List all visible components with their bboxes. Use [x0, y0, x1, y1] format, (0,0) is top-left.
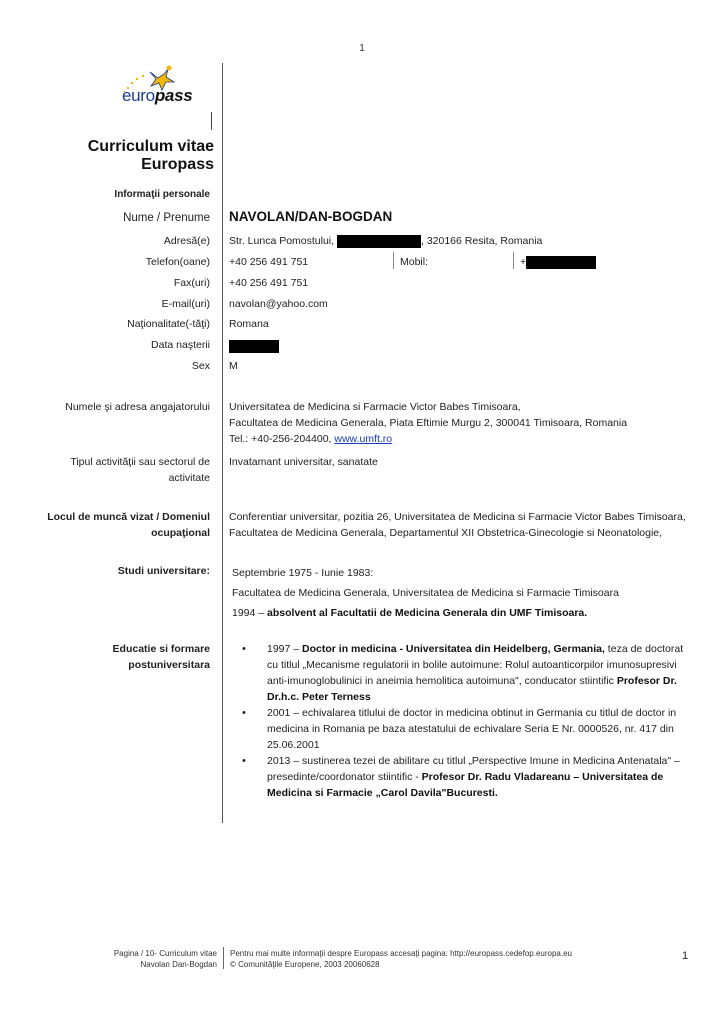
label-sex: Sex	[10, 358, 210, 374]
studies-institution: Facultatea de Medicina Generala, Univers…	[232, 583, 619, 603]
mobile-separator	[513, 252, 514, 269]
phone-separator	[393, 252, 394, 269]
postgrad-label-line-1: Educatie si formare	[10, 641, 210, 657]
graduation-text: absolvent al Facultatii de Medicina Gene…	[267, 607, 587, 619]
document-title: Curriculum vitae Europass	[14, 138, 214, 174]
redacted-block	[526, 256, 596, 269]
address-city: , 320166 Resita, Romania	[421, 235, 542, 247]
europass-wordmark: europass	[122, 86, 192, 106]
workplace-line-1: Conferentiar universitar, pozitia 26, Un…	[229, 509, 686, 525]
employer-tel: Tel.: +40-256-204400,	[229, 433, 334, 445]
label-workplace: Locul de muncă vizat / Domeniul ocupaţio…	[0, 509, 210, 541]
workplace-line-2: Facultatea de Medicina Generala, Departa…	[229, 525, 686, 541]
value-fax: +40 256 491 751	[229, 275, 308, 291]
page-number-top: 1	[0, 43, 724, 54]
label-postgrad: Educatie si formare postuniversitara	[10, 641, 210, 673]
item-degree: Doctor in medicina - Universitatea din H…	[302, 643, 605, 655]
label-mobile: Mobil:	[400, 254, 428, 270]
activity-label-line-1: Tipul activităţii sau sectorul de	[10, 454, 210, 470]
footer-divider	[223, 947, 224, 969]
workplace-label-line-1: Locul de muncă vizat / Domeniul	[0, 509, 210, 525]
address-street: Str. Lunca Pomostului,	[229, 235, 334, 247]
label-employer: Numele şi adresa angajatorului	[0, 399, 210, 415]
employer-line-2: Facultatea de Medicina Generala, Piata E…	[229, 415, 627, 431]
logo-tick	[211, 112, 212, 130]
value-activity: Invatamant universitar, sanatate	[229, 454, 378, 470]
label-activity: Tipul activităţii sau sectorul de activi…	[10, 454, 210, 486]
graduation-year: 1994 –	[232, 607, 267, 619]
value-nationality: Romana	[229, 316, 269, 332]
studies-graduation: 1994 – absolvent al Facultatii de Medici…	[232, 603, 619, 623]
value-birthdate	[229, 338, 279, 356]
redacted-block	[229, 340, 279, 353]
value-employer: Universitatea de Medicina si Farmacie Vi…	[229, 399, 627, 447]
list-item: 2013 – sustinerea tezei de abilitare cu …	[242, 753, 692, 801]
label-studies: Studi universitare:	[10, 563, 210, 579]
list-item: 2001 – echivalarea titlului de doctor in…	[242, 705, 692, 753]
item-year: 1997 –	[267, 643, 302, 655]
item-text: 2001 – echivalarea titlului de doctor in…	[267, 707, 676, 751]
list-item: 1997 – Doctor in medicina - Universitate…	[242, 641, 692, 705]
label-email: E-mail(uri)	[10, 296, 210, 312]
title-line-2: Europass	[14, 156, 214, 174]
footer-europass-info: Pentru mai multe informaţii despre Europ…	[230, 948, 572, 959]
europass-logo: europass	[118, 64, 218, 116]
employer-line-1: Universitatea de Medicina si Farmacie Vi…	[229, 399, 627, 415]
label-address: Adresă(e)	[10, 233, 210, 249]
label-phone: Telefon(oane)	[10, 254, 210, 270]
redacted-block	[337, 235, 421, 248]
postgrad-list: 1997 – Doctor in medicina - Universitate…	[242, 641, 692, 801]
employer-contact: Tel.: +40-256-204400, www.umft.ro	[229, 431, 627, 447]
title-line-1: Curriculum vitae	[14, 138, 214, 156]
label-nationality: Naţionalitate(-tăţi)	[10, 316, 210, 332]
activity-label-line-2: activitate	[10, 470, 210, 486]
label-name: Nume / Prenume	[10, 210, 210, 226]
section-personal-info: Informaţii personale	[10, 187, 210, 203]
footer-left: Pagina / 10- Curriculum vitae Navolan Da…	[17, 948, 217, 970]
employer-website-link[interactable]: www.umft.ro	[334, 433, 392, 445]
footer-page-number: 1	[682, 950, 688, 962]
value-workplace: Conferentiar universitar, pozitia 26, Un…	[229, 509, 686, 541]
workplace-label-line-2: ocupaţional	[0, 525, 210, 541]
studies-period: Septembrie 1975 - Iunie 1983:	[232, 563, 619, 583]
vertical-divider	[222, 63, 223, 823]
value-mobile: +	[520, 254, 596, 270]
value-email[interactable]: navolan@yahoo.com	[229, 296, 328, 312]
value-name: NAVOLAN/DAN-BOGDAN	[229, 209, 392, 225]
footer-page-info: Pagina / 10- Curriculum vitae	[17, 948, 217, 959]
logo-suffix: pass	[155, 86, 193, 105]
value-studies: Septembrie 1975 - Iunie 1983: Facultatea…	[232, 563, 619, 623]
logo-prefix: euro	[122, 86, 155, 105]
value-sex: M	[229, 358, 238, 374]
value-address: Str. Lunca Pomostului, , 320166 Resita, …	[229, 233, 542, 249]
label-birthdate: Data naşterii	[10, 337, 210, 353]
footer-author: Navolan Dan-Bogdan	[17, 959, 217, 970]
label-fax: Fax(uri)	[10, 275, 210, 291]
postgrad-label-line-2: postuniversitara	[10, 657, 210, 673]
footer-right: Pentru mai multe informaţii despre Europ…	[230, 948, 572, 970]
value-phone: +40 256 491 751	[229, 254, 308, 270]
footer-copyright: © Comunităţile Europene, 2003 20060628	[230, 959, 572, 970]
